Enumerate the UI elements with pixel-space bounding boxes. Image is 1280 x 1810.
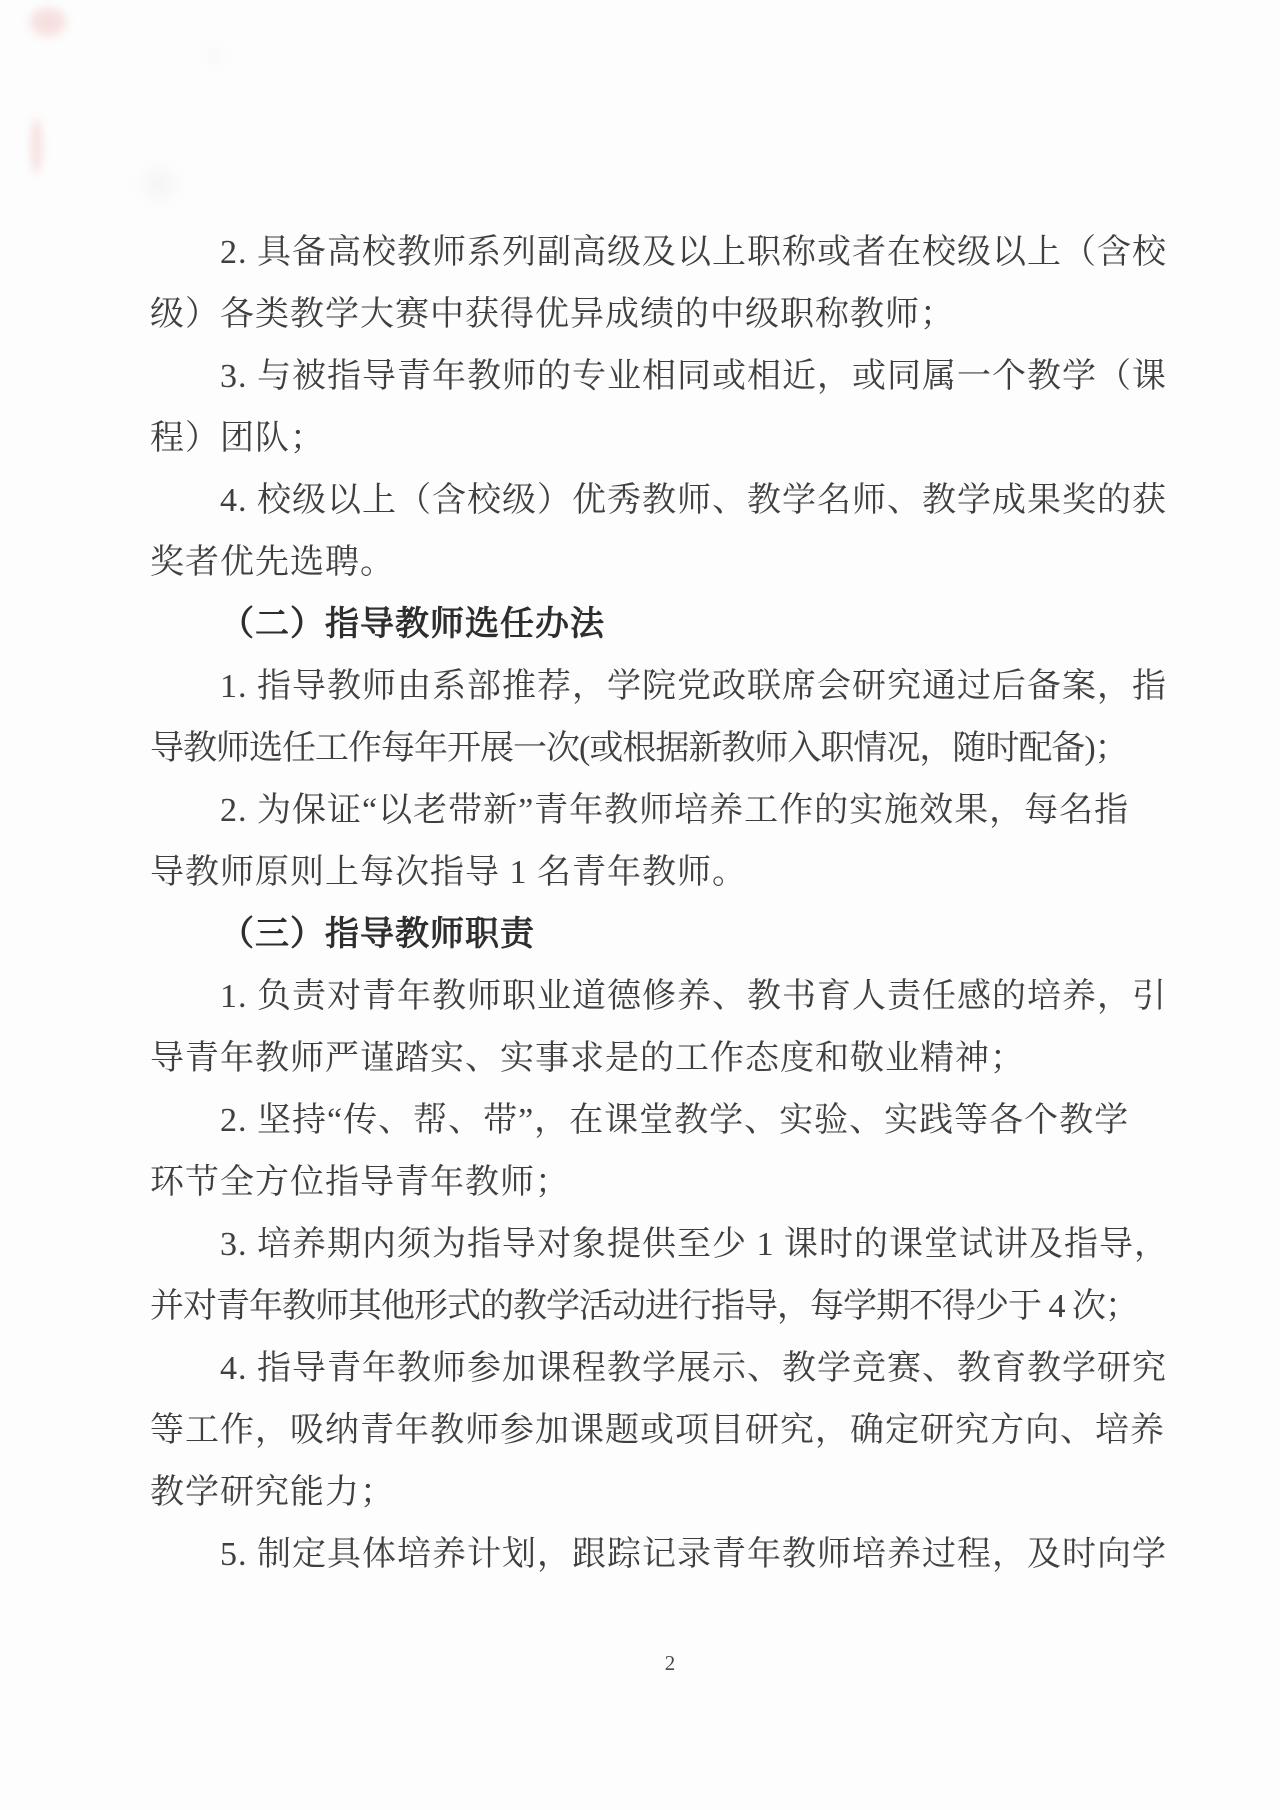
text-line: 1. 指导教师由系部推荐，学院党政联席会研究通过后备案，指 (150, 656, 1165, 718)
scan-smudge-gray (206, 46, 224, 66)
scan-smudge-red (30, 8, 66, 36)
text-line: 导青年教师严谨踏实、实事求是的工作态度和敬业精神； (150, 1028, 1165, 1090)
text-line: 2. 具备高校教师系列副高级及以上职称或者在校级以上（含校 (150, 222, 1165, 284)
text-line: 2. 为保证“以老带新”青年教师培养工作的实施效果，每名指 (150, 780, 1165, 842)
page-number: 2 (655, 1648, 685, 1678)
text-line: 教学研究能力； (150, 1462, 1165, 1524)
text-line: 奖者优先选聘。 (150, 532, 1165, 594)
text-line: 程）团队； (150, 408, 1165, 470)
text-line: 3. 培养期内须为指导对象提供至少 1 课时的课堂试讲及指导， (150, 1214, 1165, 1276)
section-heading: （三）指导教师职责 (150, 904, 1165, 966)
text-line: 等工作，吸纳青年教师参加课题或项目研究，确定研究方向、培养 (150, 1400, 1165, 1462)
text-line: 环节全方位指导青年教师； (150, 1152, 1165, 1214)
scan-smudge-gray (142, 168, 176, 200)
text-line: 并对青年教师其他形式的教学活动进行指导，每学期不得少于 4 次； (150, 1276, 1165, 1338)
text-line: 3. 与被指导青年教师的专业相同或相近，或同属一个教学（课 (150, 346, 1165, 408)
text-line: 导教师原则上每次指导 1 名青年教师。 (150, 842, 1165, 904)
section-heading: （二）指导教师选任办法 (150, 594, 1165, 656)
text-line: 4. 校级以上（含校级）优秀教师、教学名师、教学成果奖的获 (150, 470, 1165, 532)
text-line: 2. 坚持“传、帮、带”，在课堂教学、实验、实践等各个教学 (150, 1090, 1165, 1152)
text-line: 导教师选任工作每年开展一次(或根据新教师入职情况，随时配备)； (150, 718, 1165, 780)
text-line: 4. 指导青年教师参加课程教学展示、教学竞赛、教育教学研究 (150, 1338, 1165, 1400)
scan-smudge-red (30, 118, 43, 174)
scanned-document-page: 2. 具备高校教师系列副高级及以上职称或者在校级以上（含校级）各类教学大赛中获得… (0, 0, 1280, 1810)
document-body: 2. 具备高校教师系列副高级及以上职称或者在校级以上（含校级）各类教学大赛中获得… (150, 222, 1165, 1586)
text-line: 1. 负责对青年教师职业道德修养、教书育人责任感的培养，引 (150, 966, 1165, 1028)
text-line: 5. 制定具体培养计划，跟踪记录青年教师培养过程，及时向学 (150, 1524, 1165, 1586)
text-line: 级）各类教学大赛中获得优异成绩的中级职称教师； (150, 284, 1165, 346)
